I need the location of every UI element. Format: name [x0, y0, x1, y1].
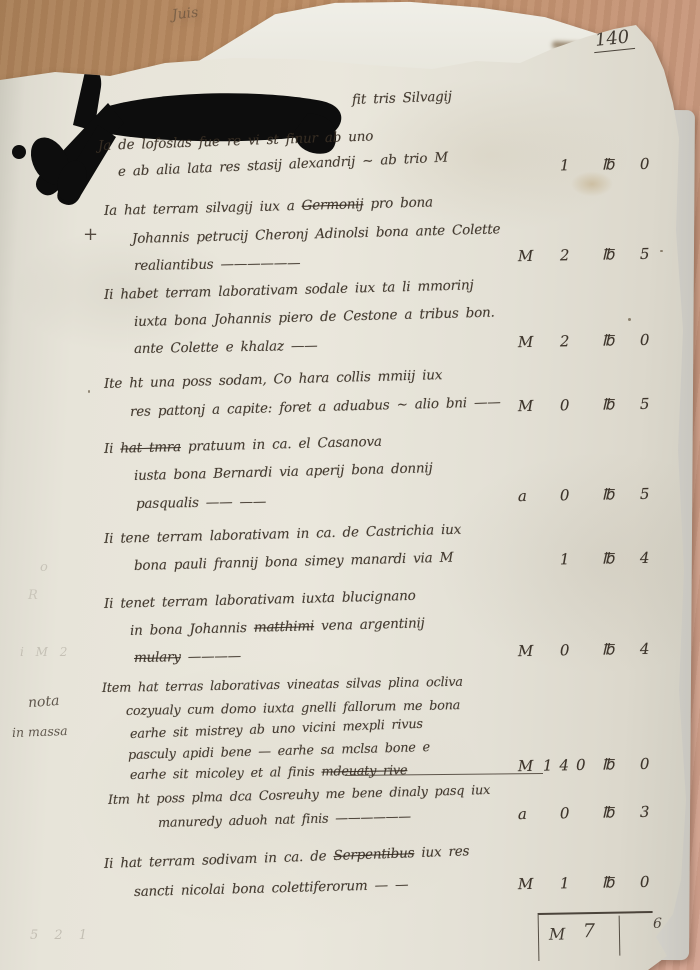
bleedthrough-mark: o — [40, 560, 48, 575]
manuscript-line: Ii tene terram laborativam in ca. de Cas… — [104, 522, 461, 547]
manuscript-line: Ii hat tmra pratuum in ca. el Casanova — [104, 434, 382, 457]
overleaf-handwriting: Juis — [171, 5, 199, 24]
bleedthrough-mark: R — [28, 588, 38, 603]
page-stack: Juis 140 fit tris Silvagij Ja de lofosla… — [0, 0, 700, 970]
folio-number: 140 — [592, 26, 636, 53]
bleedthrough-mark: 5 2 1 — [30, 928, 93, 943]
margin-values: M0℔4 — [0, 639, 700, 675]
manuscript-line: iuxta bona Johannis piero de Cestone a t… — [134, 305, 495, 330]
totals-box-divider — [619, 916, 621, 956]
margin-values: 1℔4 — [0, 548, 700, 584]
margin-values: M1℔0 — [0, 872, 700, 908]
margin-values: a0℔5 — [0, 484, 700, 520]
margin-values: M2℔5 — [0, 244, 700, 280]
bleedthrough-mark: i M 2 — [20, 645, 71, 659]
margin-note-nota: nota — [27, 693, 59, 711]
manuscript-line: iusta bona Bernardi via aperij bona donn… — [134, 460, 433, 484]
manuscript-line: Ii hat terram sodivam in ca. de Serpenti… — [104, 843, 470, 872]
manuscript-page: 140 fit tris Silvagij Ja de lofoslas fue… — [0, 0, 700, 970]
manuscript-line: cozyualy cum domo iuxta gnelli fallorum … — [126, 698, 460, 719]
paper-speck — [88, 390, 90, 393]
manuscript-line: earhe sit mistrey ab uno vicini mexpli r… — [130, 717, 423, 742]
margin-values: a0℔3 — [0, 802, 700, 838]
margin-cross-mark: + — [83, 224, 98, 245]
paper-speck — [628, 318, 631, 321]
manuscript-line: Ite ht una poss sodam, Co hara collis mm… — [104, 367, 443, 392]
manuscript-line: Johannis petrucij Cheronj Adinolsi bona … — [132, 221, 501, 247]
manuscript-line: Ii habet terram laborativam sodale iux t… — [104, 277, 474, 303]
margin-values: M140℔0 — [0, 754, 700, 790]
totals-m-symbol: M — [549, 925, 566, 944]
totals-value: 7 — [583, 920, 595, 942]
margin-values: M0℔5 — [0, 394, 700, 430]
manuscript-line: Item hat terras laborativas vineatas sil… — [102, 675, 463, 696]
manuscript-line: fit tris Silvagij — [352, 89, 452, 108]
margin-note-in-massa: in massa — [12, 723, 68, 740]
manuscript-line: in bona Johannis matthimi vena argentini… — [130, 615, 425, 639]
margin-values: M2℔0 — [0, 330, 700, 366]
manuscript-line: Ii tenet terram laborativam iuxta blucig… — [104, 588, 416, 612]
manuscript-photo: Juis 140 fit tris Silvagij Ja de lofosla… — [0, 0, 700, 970]
paper-speck — [660, 250, 663, 252]
totals-box: M 7 — [538, 911, 654, 961]
